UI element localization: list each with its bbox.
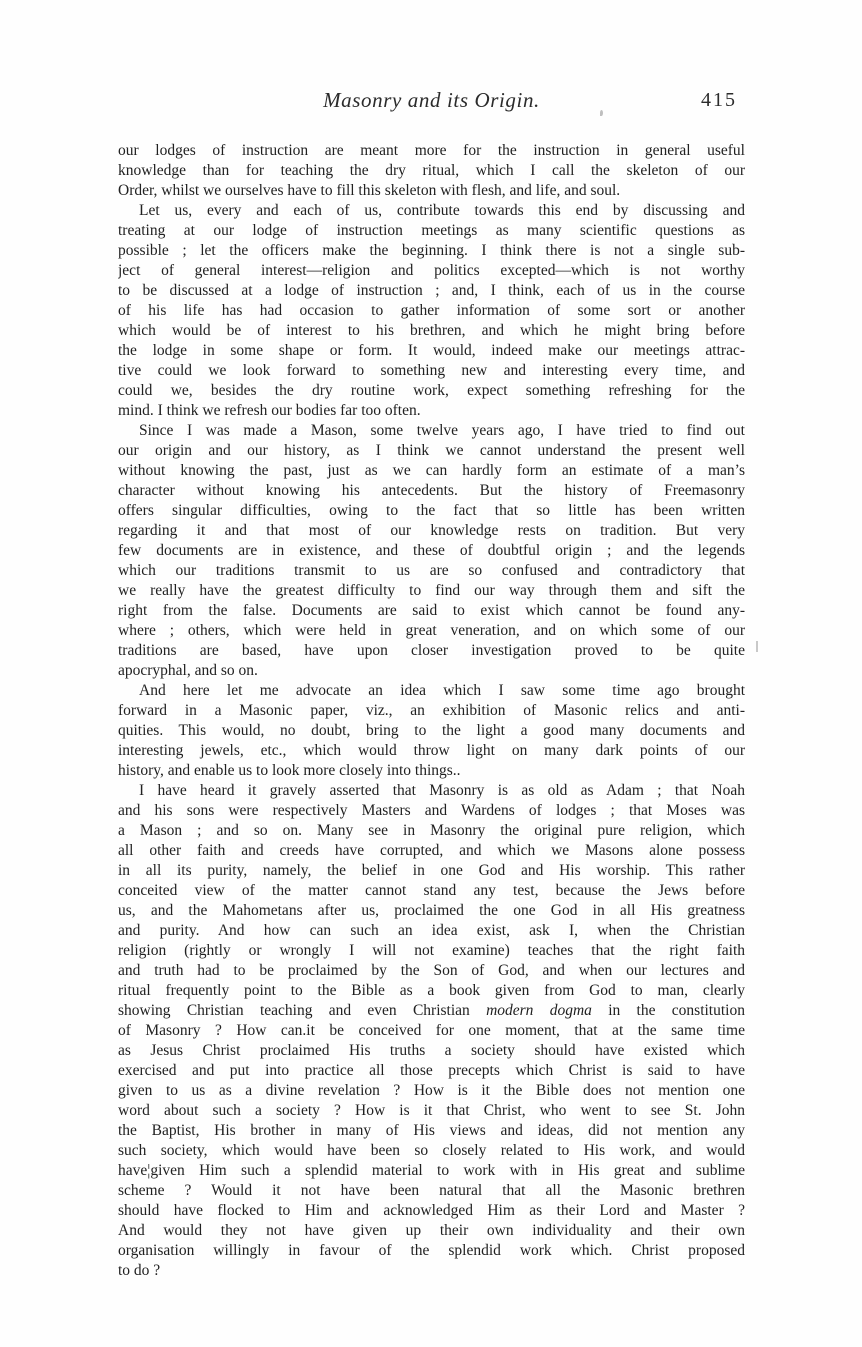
text-line: ject of general interest—religion and po… [118, 261, 745, 281]
text-line: of his life has had occasion to gather i… [118, 301, 745, 321]
paragraph: Since I was made a Mason, some twelve ye… [118, 421, 745, 681]
text-line: apocryphal, and so on. [118, 661, 745, 681]
text-line: to be discussed at a lodge of instructio… [118, 281, 745, 301]
text-line: quities. This would, no doubt, bring to … [118, 721, 745, 741]
text-line: And would they not have given up their o… [118, 1221, 745, 1241]
paragraph: And here let me advocate an idea which I… [118, 681, 745, 781]
paragraph: Let us, every and each of us, contribute… [118, 201, 745, 421]
text-line: our origin and our history, as I think w… [118, 441, 745, 461]
text-line: possible ; let the officers make the beg… [118, 241, 745, 261]
text-line: where ; others, which were held in great… [118, 621, 745, 641]
text-line: history, and enable us to look more clos… [118, 761, 745, 781]
text-line: word about such a society ? How is it th… [118, 1101, 745, 1121]
text-line: the lodge in some shape or form. It woul… [118, 341, 745, 361]
text-line: ritual frequently point to the Bible as … [118, 981, 745, 1001]
text-line: us, and the Mahometans after us, proclai… [118, 901, 745, 921]
text-line: Since I was made a Mason, some twelve ye… [118, 421, 745, 441]
scan-speck [600, 110, 603, 116]
text-line: And here let me advocate an idea which I… [118, 681, 745, 701]
text-line: traditions are based, have upon closer i… [118, 641, 745, 661]
text-line: mind. I think we refresh our bodies far … [118, 401, 745, 421]
text-line: could we, besides the dry routine work, … [118, 381, 745, 401]
text-block: our lodges of instruction are meant more… [118, 141, 745, 1281]
text-line: showing Christian teaching and even Chri… [118, 1001, 745, 1021]
text-line: which our traditions transmit to us are … [118, 561, 745, 581]
text-line: and truth had to be proclaimed by the So… [118, 961, 745, 981]
paragraph: our lodges of instruction are meant more… [118, 141, 745, 201]
text-line: our lodges of instruction are meant more… [118, 141, 745, 161]
page-title: Masonry and its Origin. [118, 88, 745, 113]
text-line: such society, which would have been so c… [118, 1141, 745, 1161]
text-line: given to us as a divine revelation ? How… [118, 1081, 745, 1101]
text-line: offers singular difficulties, owing to t… [118, 501, 745, 521]
text-line: tive could we look forward to something … [118, 361, 745, 381]
paragraph: I have heard it gravely asserted that Ma… [118, 781, 745, 1281]
running-head: Masonry and its Origin. 415 [118, 88, 745, 118]
text-line: Let us, every and each of us, contribute… [118, 201, 745, 221]
text-line: without knowing the past, just as we can… [118, 461, 745, 481]
scan-speck [756, 641, 758, 652]
text-line: character without knowing his antecedent… [118, 481, 745, 501]
text-line: Order, whilst we ourselves have to fill … [118, 181, 745, 201]
text-line: exercised and put into practice all thos… [118, 1061, 745, 1081]
text-line: knowledge than for teaching the dry ritu… [118, 161, 745, 181]
page-number: 415 [701, 89, 737, 112]
text-line: which would be of interest to his brethr… [118, 321, 745, 341]
text-line: we really have the greatest difficulty t… [118, 581, 745, 601]
text-line: few documents are in existence, and thes… [118, 541, 745, 561]
text-line: I have heard it gravely asserted that Ma… [118, 781, 745, 801]
text-line: should have flocked to Him and acknowled… [118, 1201, 745, 1221]
text-line: regarding it and that most of our knowle… [118, 521, 745, 541]
text-line: religion (rightly or wrongly I will not … [118, 941, 745, 961]
text-line: all other faith and creeds have corrupte… [118, 841, 745, 861]
text-line: forward in a Masonic paper, viz., an exh… [118, 701, 745, 721]
text-line: of Masonry ? How can.it be conceived for… [118, 1021, 745, 1041]
text-line: scheme ? Would it not have been natural … [118, 1181, 745, 1201]
text-line: in all its purity, namely, the belief in… [118, 861, 745, 881]
text-line: have¦given Him such a splendid material … [118, 1161, 745, 1181]
text-line: and his sons were respectively Masters a… [118, 801, 745, 821]
text-line: organisation willingly in favour of the … [118, 1241, 745, 1261]
text-line: as Jesus Christ proclaimed His truths a … [118, 1041, 745, 1061]
text-line: the Baptist, His brother in many of His … [118, 1121, 745, 1141]
document-page: Masonry and its Origin. 415 our lodges o… [0, 0, 862, 1347]
text-line: right from the false. Documents are said… [118, 601, 745, 621]
text-line: to do ? [118, 1261, 745, 1281]
text-line: treating at our lodge of instruction mee… [118, 221, 745, 241]
text-line: conceited view of the matter cannot stan… [118, 881, 745, 901]
text-line: and purity. And how can such an idea exi… [118, 921, 745, 941]
text-line: interesting jewels, etc., which would th… [118, 741, 745, 761]
text-line: a Mason ; and so on. Many see in Masonry… [118, 821, 745, 841]
